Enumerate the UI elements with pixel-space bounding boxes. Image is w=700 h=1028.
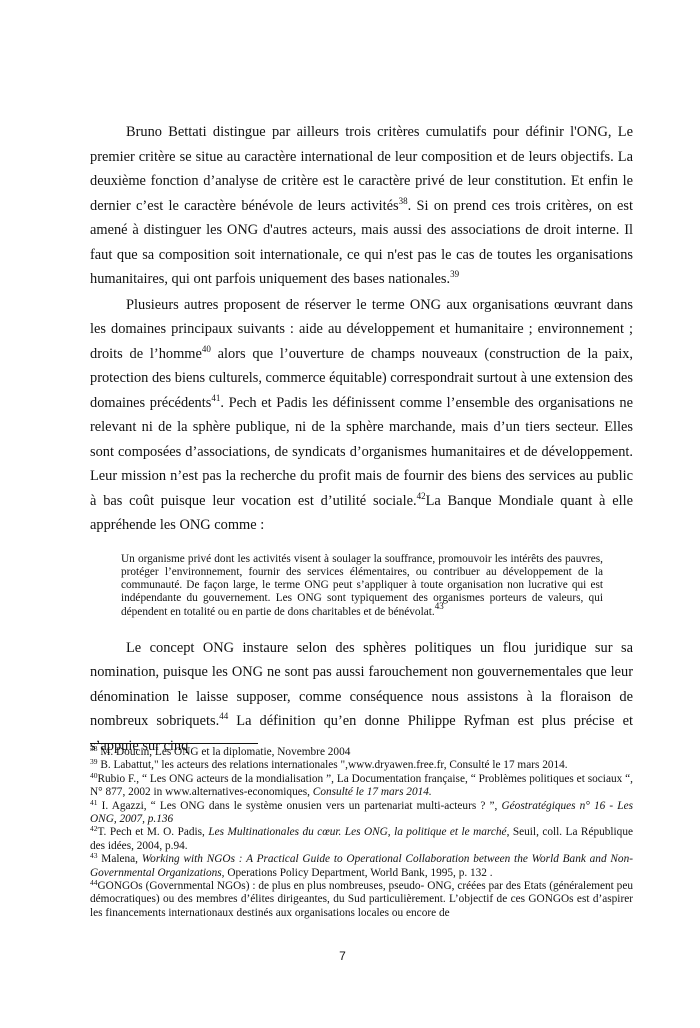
footnote-41: 41 I. Agazzi, “ Les ONG dans le système …	[90, 800, 633, 827]
paragraph-text: . Pech et Padis les définissent comme l’…	[90, 395, 633, 509]
footnote-ref-43[interactable]: 43	[435, 601, 444, 611]
footnote-text: M. Doucin, Les ONG et la diplomatie, Nov…	[98, 746, 351, 758]
footnote-text: Malena,	[98, 853, 142, 865]
footnote-ref-42[interactable]: 42	[417, 491, 426, 501]
paragraph-bettati-criteria: Bruno Bettati distingue par ailleurs tro…	[90, 120, 633, 292]
footnote-ref-39[interactable]: 39	[450, 269, 459, 279]
footnote-43: 43 Malena, Working with NGOs : A Practic…	[90, 853, 633, 880]
footnote-italic-text: Les Multinationales du cœur. Les ONG, la…	[208, 826, 506, 838]
block-quote-text: Un organisme privé dont les activités vi…	[121, 553, 603, 618]
footnote-text: B. Labattut," les acteurs des relations …	[98, 759, 568, 771]
footnote-number: 44	[90, 878, 98, 887]
footnote-text: I. Agazzi, “ Les ONG dans le système onu…	[98, 800, 502, 812]
footnote-number: 41	[90, 798, 98, 807]
footnotes: 38 M. Doucin, Les ONG et la diplomatie, …	[90, 746, 633, 920]
footnote-ref-40[interactable]: 40	[202, 344, 211, 354]
footnote-number: 43	[90, 851, 98, 860]
block-quote-world-bank: Un organisme privé dont les activités vi…	[121, 553, 603, 619]
document-page: Bruno Bettati distingue par ailleurs tro…	[0, 0, 700, 1028]
page-number: 7	[0, 949, 685, 963]
footnote-number: 42	[90, 824, 98, 833]
footnote-ref-44[interactable]: 44	[219, 711, 228, 721]
footnote-42: 42T. Pech et M. O. Padis, Les Multinatio…	[90, 826, 633, 853]
paragraph-concept-ong: Le concept ONG instaure selon des sphère…	[90, 636, 633, 759]
footnote-separator	[90, 743, 258, 744]
footnote-44: 44GONGOs (Governmental NGOs) : de plus e…	[90, 880, 633, 920]
footnote-text: GONGOs (Governmental NGOs) : de plus en …	[90, 880, 633, 919]
footnote-text: Operations Policy Department, World Bank…	[225, 867, 493, 879]
footnote-text: T. Pech et M. O. Padis,	[98, 826, 209, 838]
footnote-38: 38 M. Doucin, Les ONG et la diplomatie, …	[90, 746, 633, 759]
paragraph-domains: Plusieurs autres proposent de réserver l…	[90, 293, 633, 538]
footnote-number: 38	[90, 744, 98, 753]
footnote-number: 40	[90, 771, 98, 780]
body-text: Bruno Bettati distingue par ailleurs tro…	[90, 120, 633, 758]
footnote-number: 39	[90, 757, 98, 766]
footnote-39: 39 B. Labattut," les acteurs des relatio…	[90, 759, 633, 772]
footnote-italic-text: Consulté le 17 mars 2014.	[313, 786, 432, 798]
footnote-ref-38[interactable]: 38	[399, 196, 408, 206]
footnote-ref-41[interactable]: 41	[211, 393, 220, 403]
footnote-40: 40Rubio F., “ Les ONG acteurs de la mond…	[90, 773, 633, 800]
